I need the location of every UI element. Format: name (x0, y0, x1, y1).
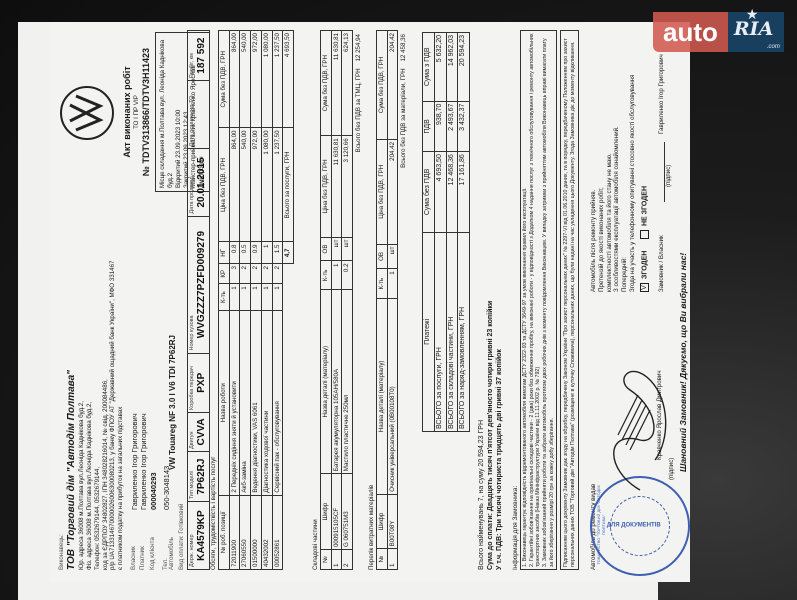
acceptance-line: Претензій до якості виконаних робіт, (598, 32, 606, 292)
vehicle-field: ДвигунCVVA (187, 412, 209, 451)
address-actual: Фіз. адреса 36008 м.Полтава вул.Леоніда … (86, 170, 94, 570)
materials-total-value: 12 458,36 (400, 34, 407, 62)
vehicle-field: Тип моделі7P62RJ (187, 452, 209, 502)
parts-cell: 0.2 (342, 261, 353, 290)
works-cell: 27060550 (240, 495, 251, 569)
summary-column-header: ПДВ (423, 101, 435, 152)
summary-column-header: Сума без ПДВ (423, 152, 435, 233)
summary-cell: 938,70 (434, 101, 446, 152)
parts-column-header: Шифр (320, 474, 331, 550)
vehicle-field-value: 20.01.2015 (196, 151, 209, 213)
bank-account: р/р UA713314670000026006300080213, у бан… (109, 170, 117, 570)
customer-sign-label: (підпис) (665, 32, 673, 187)
info-item: 1. Виконавець гарантує відповідність від… (522, 33, 529, 567)
parts-cell: 2 (342, 550, 353, 570)
parts-cell: 1 (331, 261, 342, 290)
summary-cell: 5 632,20 (434, 33, 446, 102)
watermark-domain: .com (767, 44, 780, 50)
works-cell: Діагностика ходової частини (261, 310, 272, 495)
customer-label: Замовник / Власник (658, 202, 666, 292)
service-act-document: Виконавець: ТОВ "Торговий дім "Автодім П… (50, 22, 690, 582)
watermark-ria-block: ★ RIA .com (728, 12, 784, 52)
master-name: Кравченко Ярослав Дмитрович (656, 370, 664, 460)
vehicle-field-value (196, 83, 209, 146)
autoria-watermark: auto ★ RIA .com (653, 12, 784, 52)
master-sign-label: (підпис) (668, 458, 676, 480)
company-name: ТОВ "Торговий дім "Автодім Полтава" (66, 170, 79, 570)
works-caption: Обсяги, трудомісткість і вартість послуг (210, 30, 218, 570)
works-cell: 40432002 (261, 495, 272, 569)
client-code-value: 000040293 (149, 472, 158, 510)
works-cell: 2 Передніх сидіння зняти й установити (229, 310, 240, 495)
parts-cell: 000915105CF (331, 474, 342, 550)
works-column-header: Назва роботи (218, 310, 229, 495)
works-total-label: Всього за послуги, ГРН (283, 128, 294, 242)
agree-label: ЗГОДЕН (641, 251, 648, 279)
customer-signature-line (658, 142, 666, 202)
works-column-header: Сума без ПДВ, ГРН (218, 31, 229, 128)
vehicle-table: Держ. номерKA4579KPТип моделі7P62RJДвигу… (187, 30, 210, 570)
vehicle-field-value: 7P62RJ (196, 454, 209, 499)
works-cell: Сервісний пак - обслуговування (272, 310, 283, 495)
vehicle-field: Пробіг, км187 592 (187, 31, 209, 81)
parts-caption: Складові частини (312, 30, 320, 570)
works-column-header: К-ть (218, 284, 229, 311)
acceptance-line: Попередній: (621, 32, 629, 292)
works-cell: 3 (229, 264, 240, 284)
acceptance-line: З особливостями експлуатації автомобіля … (613, 32, 621, 292)
vw-logo-icon (60, 86, 114, 140)
works-column-header: КР (218, 264, 229, 284)
disagree-checkbox[interactable] (640, 230, 649, 239)
works-cell: 972,00 (251, 128, 262, 242)
works-cell: 01500000 (251, 495, 262, 569)
works-cell: 864,00 (229, 128, 240, 242)
summary-cell: 3 432,37 (458, 101, 470, 152)
items-total-line: Всього найменувань 7, на суму 20 594,23 … (478, 30, 487, 570)
parts-column-header: № (320, 550, 331, 570)
payer-label: Платник (139, 510, 148, 570)
materials-cell: Очисник універсальний (0B00108T0) (387, 298, 398, 494)
vehicle-field: Номер кузоваWVGZZZ7PZFD009279 (187, 216, 209, 353)
materials-column-header: № (376, 549, 387, 570)
works-cell: 864,00 (229, 31, 240, 128)
materials-column-header: Сума без ПДВ, ГРН (376, 31, 387, 140)
summary-cell: 12 468,36 (446, 152, 458, 233)
info-title: Інформація для Замовника: (512, 30, 520, 570)
works-cell: 1 237,50 (272, 31, 283, 128)
vehicle-field-label: Двигун (189, 415, 196, 449)
acceptance-block: Автомобіль після ремонту прийняв.Претенз… (590, 32, 673, 292)
vehicle-field-value: WVGZZZ7PZFD009279 (196, 219, 209, 351)
vehicle-field-value: CVVA (196, 415, 209, 449)
materials-cell: 204,42 (387, 31, 398, 140)
summary-column-header: Платежі (423, 232, 435, 431)
works-cell: 972,00 (251, 31, 262, 128)
materials-cell: 204,42 (387, 139, 398, 244)
parts-total-value: 12 254,94 (355, 34, 362, 62)
amount-in-words: Сума до сплати: Двадцять тисяч п'ятсот д… (487, 30, 496, 570)
works-total-value: 4 693,50 (283, 31, 294, 128)
summary-cell: 20 594,23 (458, 33, 470, 102)
parts-column-header: Назва деталі (матеріалу) (320, 290, 331, 474)
works-cell: 1 (229, 284, 240, 311)
parts-block: Складові частини №ШифрНазва деталі (мате… (312, 30, 363, 570)
executor-label: Виконавець: (58, 170, 66, 570)
watermark-auto-text: auto (653, 12, 728, 52)
client-code-label: Код клієнта (149, 510, 158, 570)
vehicle-label: Автомобіль (168, 470, 178, 570)
watermark-ria-text: RIA (734, 18, 773, 40)
materials-column-header: Шифр (376, 494, 387, 549)
farewell-message: Шановний Замовник! Дякуємо, що Ви вибрал… (678, 253, 689, 472)
vehicle-field: Коробка передачPXP (187, 353, 209, 412)
works-cell: 0.5 (240, 242, 251, 264)
acceptance-line: Згода на участь у телефонному опитуванні… (629, 32, 637, 292)
materials-column-header: ОВ (376, 244, 387, 269)
info-item: 3. Замовник зобов'язаний прийняти роботи… (542, 33, 555, 567)
works-cell: 2 (272, 264, 283, 284)
works-table: № роб. позиціїНазва роботиК-тьКРНГЦіна б… (218, 30, 294, 570)
materials-cell: шт (387, 244, 398, 269)
owner-label: Власник (130, 510, 139, 570)
totals-block: Всього найменувань 7, на суму 20 594,23 … (478, 30, 504, 570)
parts-cell: Батарея акумуляторна 105АН/580А (331, 290, 342, 474)
works-cell: 1 (261, 242, 272, 264)
works-cell: 2 (240, 264, 251, 284)
summary-cell: 2 493,67 (446, 101, 458, 152)
vehicle-model: VW Touareg NF 3.0 l V6 TDI 7P62RJ (168, 335, 178, 470)
materials-cell: 1 (387, 549, 398, 570)
works-cell: 1 (251, 284, 262, 311)
works-cell: 00052861 (272, 495, 283, 569)
summary-table: ПлатежіСума без ПДВПДВСума з ПДВ ВСЬОГО … (422, 32, 470, 432)
materials-cell: B00T08Y (387, 494, 398, 549)
spacer (283, 264, 294, 570)
vehicle-field-label: Номер кузова (189, 219, 196, 351)
customer-name: Гавриленко Ігор Григорович (658, 54, 666, 134)
tax-note: є платником податку на прибуток на загал… (117, 170, 125, 570)
company-codes: код за ЄДРПОУ 34802827, ІПН 348028216014… (102, 170, 110, 570)
vehicle-field-value: PXP (196, 356, 209, 410)
materials-column-header: Ціна без ПДВ, ГРН (376, 139, 387, 244)
works-row: 01500000Ведення діагностики, VAS 6061120… (251, 31, 262, 570)
works-cell: 1 080,00 (261, 128, 272, 242)
parts-cell: Мастило пластичне 250мл (342, 290, 353, 474)
summary-cell: 4 693,50 (434, 152, 446, 233)
parts-table: №ШифрНазва деталі (матеріалу)К-тьОВЦіна … (320, 30, 353, 570)
address-legal: Юр. адреса 36008 м.Полтава вул.Леоніда К… (78, 170, 86, 570)
act-subtitle: ТО І ПР VIP (133, 32, 141, 192)
parts-row: 1000915105CFБатарея акумуляторна 105АН/5… (331, 31, 342, 570)
summary-cell: ВСЬОГО за складові частини, ГРН (446, 232, 458, 431)
parts-column-header: ОВ (320, 237, 331, 261)
payment-type: Вид оплати: Готівковий (178, 30, 186, 570)
works-row: 00052861Сервісний пак - обслуговування12… (272, 31, 283, 570)
works-cell: Акб-заміна (240, 310, 251, 495)
works-column-header: Ціна без ПДВ, ГРН (218, 128, 229, 242)
company-phones: Телефон: 0532679144, 0532679144, (94, 170, 102, 570)
parts-cell: 11 630,81 (331, 31, 342, 136)
vat-in-words: У т.ч. ПДВ: Три тисячі чотириста тридцят… (496, 30, 505, 570)
works-block: Обсяги, трудомісткість і вартість послуг… (210, 30, 294, 570)
works-cell: 1 (240, 284, 251, 311)
materials-table: №ШифрНазва деталі (матеріалу)К-тьОВЦіна … (376, 30, 399, 570)
works-total-row: 4,7Всього за послуги, ГРН4 693,50 (283, 31, 294, 570)
agree-checkbox[interactable]: V (640, 283, 649, 292)
vehicle-field-label: Тип моделі (189, 454, 196, 499)
works-cell: 1 (272, 284, 283, 311)
summary-row: ВСЬОГО за наряд-замовленням, ГРН17 161,8… (458, 33, 470, 432)
parts-cell: 3 120,66 (342, 136, 353, 237)
parts-cell: 1 (331, 550, 342, 570)
vehicle-field-label: Дата продажу (189, 151, 196, 213)
vehicle-field: Дата продажу20.01.2015 (187, 149, 209, 216)
parts-cell: 11 630,81 (331, 136, 342, 237)
materials-caption: Перелік витратних матеріалів (368, 30, 376, 570)
executor-block: Виконавець: ТОВ "Торговий дім "Автодім П… (58, 170, 171, 570)
vehicle-field-label: Держ. номер (189, 504, 196, 567)
acceptance-line: комплектності автомобіля та його стану н… (606, 32, 614, 292)
materials-column-header: К-ть (376, 269, 387, 299)
works-cell: 1 (261, 284, 272, 311)
works-cell: 1 237,50 (272, 128, 283, 242)
materials-cell: 1 (387, 269, 398, 299)
materials-total-label: Всього без ПДВ за матеріали, ГРН (400, 68, 407, 167)
info-items: 1. Виконавець гарантує відповідність від… (520, 30, 557, 570)
disagree-label: НЕ ЗГОДЕН (641, 186, 648, 226)
vehicle-field-value: KA4579KP (196, 504, 209, 567)
vehicle-field: Держ. номерKA4579KP (187, 502, 209, 570)
works-cell: 2 (261, 264, 272, 284)
parts-column-header: Сума без ПДВ, ГРН (320, 31, 331, 136)
materials-block: Перелік витратних матеріалів №ШифрНазва … (368, 30, 408, 570)
materials-column-header: Назва деталі (матеріалу) (376, 298, 387, 494)
parts-cell: шт (331, 237, 342, 261)
parts-cell: G 060751M3 (342, 474, 353, 550)
payer-value: Гавриленко Ігор Григорович (139, 413, 148, 510)
summary-row: ВСЬОГО за послуги, ГРН4 693,50938,705 63… (434, 33, 446, 432)
summary-column-header: Сума з ПДВ (423, 33, 435, 102)
acceptance-line: Автомобіль після ремонту прийняв. (590, 32, 598, 292)
act-number: № TDTV313866/TDTV3H11423 (141, 32, 152, 192)
vehicle-field-label: Пробіг, км (189, 33, 196, 78)
parts-column-header: К-ть (320, 261, 331, 290)
works-cell: 540,00 (240, 31, 251, 128)
parts-row: 2G 060751M3Мастило пластичне 250мл0.2шт3… (342, 31, 353, 570)
summary-cell: ВСЬОГО за послуги, ГРН (434, 232, 446, 431)
works-row: 720119002 Передніх сидіння зняти й устан… (229, 31, 240, 570)
materials-row: 1B00T08YОчисник універсальний (0B00108T0… (387, 31, 398, 570)
summary-cell: 14 962,03 (446, 33, 458, 102)
works-column-header: НГ (218, 242, 229, 264)
vehicle-field-value: 187 592 (196, 33, 209, 78)
works-row: 27060550Акб-заміна120.5540,00540,00 (240, 31, 251, 570)
works-cell: 2 (251, 264, 262, 284)
acceptance-lines: Автомобіль після ремонту прийняв.Претенз… (590, 32, 637, 292)
vehicle-field: Дата останнього ТО (187, 81, 209, 149)
works-cell: 0.8 (229, 242, 240, 264)
consent-text: Підписанням цього документу Замовник дає… (560, 30, 579, 570)
works-cell: 1.5 (272, 242, 283, 264)
works-row: 40432002Діагностика ходової частини1211 … (261, 31, 272, 570)
works-cell: 540,00 (240, 128, 251, 242)
parts-column-header: Ціна без ПДВ, ГРН (320, 136, 331, 237)
works-column-header: № роб. позиції (218, 495, 229, 569)
act-title: Акт виконаних робіт (122, 32, 133, 192)
owner-value: Гавриленко Ігор Григорович (130, 413, 139, 510)
vehicle-block: АвтомобільVW Touareg NF 3.0 l V6 TDI 7P6… (168, 30, 210, 570)
parts-cell: шт (342, 237, 353, 261)
vehicle-field-label: Дата останнього ТО (189, 83, 196, 146)
handover-block: Автомобіль до ремонту видав ДЛЯ ДОКУМЕНТ… (590, 310, 690, 570)
summary-cell: 17 161,86 (458, 152, 470, 233)
works-cell: Ведення діагностики, VAS 6061 (251, 310, 262, 495)
info-item: 2. Гарантійні зобов'язання на оригінальн… (529, 33, 542, 567)
vehicle-field-label: Коробка передач (189, 356, 196, 410)
parts-cell: 624,13 (342, 31, 353, 136)
summary-row: ВСЬОГО за складові частини, ГРН12 468,36… (446, 33, 458, 432)
works-cell: 72011900 (229, 495, 240, 569)
parts-total-label: Всього без ПДВ за ТМЦ, ГРН (355, 68, 362, 152)
summary-block: ПлатежіСума без ПДВПДВСума з ПДВ ВСЬОГО … (422, 32, 470, 432)
works-cell: 1 080,00 (261, 31, 272, 128)
works-total-hours: 4,7 (283, 242, 294, 264)
summary-cell: ВСЬОГО за наряд-замовленням, ГРН (458, 232, 470, 431)
works-cell: 0.9 (251, 242, 262, 264)
info-block: Інформація для Замовника: 1. Виконавець … (512, 30, 579, 570)
